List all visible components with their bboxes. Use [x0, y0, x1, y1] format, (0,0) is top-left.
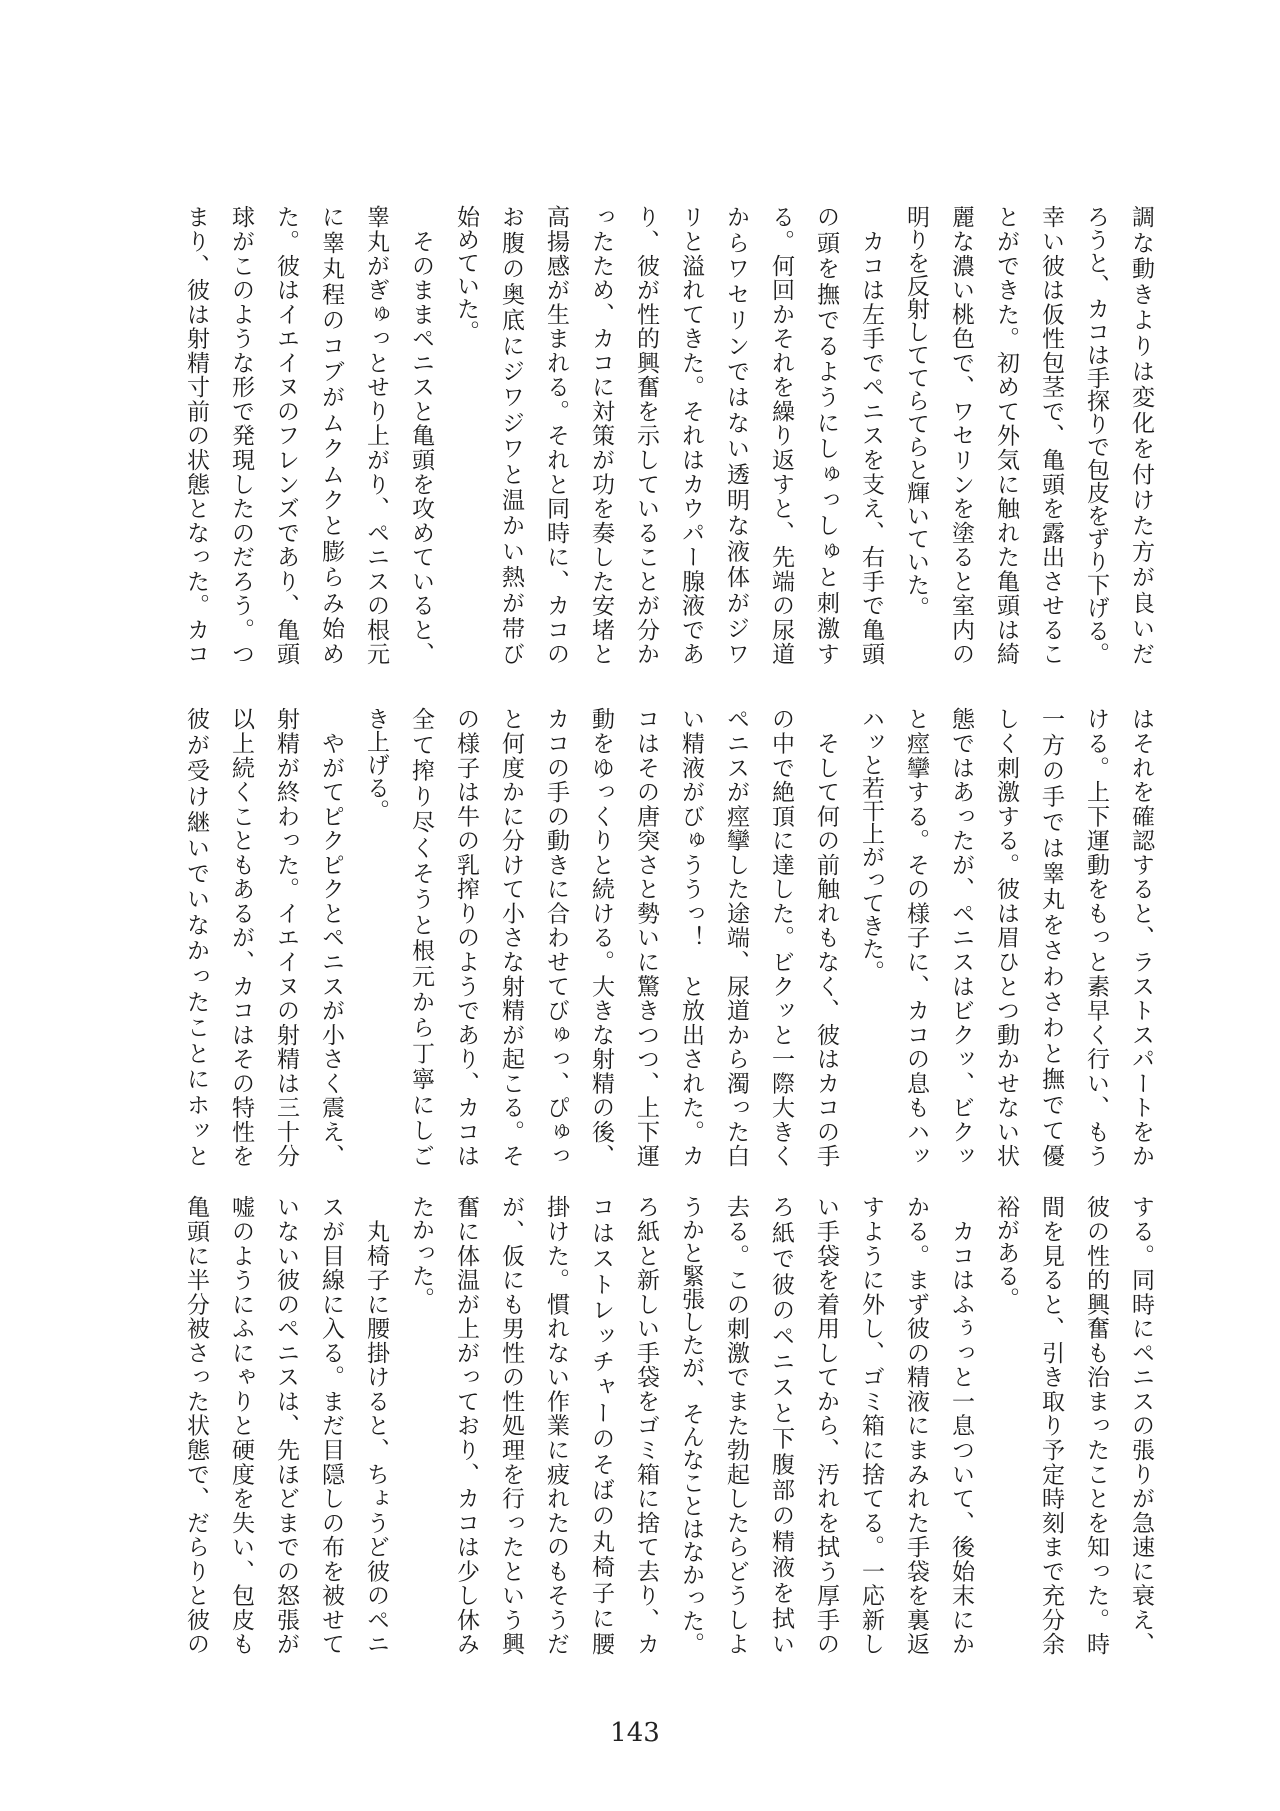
text-column: に睾丸程のコブがムクムクと膨らみ始め [308, 205, 353, 665]
text-column: カコは左手でペニスを支え、右手で亀頭 [848, 205, 893, 665]
text-column: はそれを確認すると、ラストスパートをか [1118, 707, 1163, 1167]
text-band-middle: はそれを確認すると、ラストスパートをかける。上下運動をもっと素早く行い、もう一方… [173, 707, 1163, 1167]
text-column: すように外し、ゴミ箱に捨てる。一応新し [848, 1195, 893, 1655]
text-column: 奮に体温が上がっており、カコは少し休み [443, 1195, 488, 1655]
text-column: 始めていた。 [443, 205, 488, 665]
text-column: 去る。この刺激でまた勃起したらどうしよ [713, 1195, 758, 1655]
text-column: の中で絶頂に達した。ビクッと一際大きく [758, 707, 803, 1167]
text-column: 麗な濃い桃色で、ワセリンを塗ると室内の [938, 205, 983, 665]
text-column: ろうと、カコは手探りで包皮をずり下げる。 [1073, 205, 1118, 665]
text-column: とができた。初めて外気に触れた亀頭は綺 [983, 205, 1028, 665]
text-column: 丸椅子に腰掛けると、ちょうど彼のペニ [353, 1195, 398, 1655]
text-column: 球がこのような形で発現したのだろう。つ [218, 205, 263, 665]
text-column: ける。上下運動をもっと素早く行い、もう [1073, 707, 1118, 1167]
text-column: カコの手の動きに合わせてびゅっ、ぴゅっ [533, 707, 578, 1167]
text-column: する。同時にペニスの張りが急速に衰え、 [1118, 1195, 1163, 1655]
page-number: 143 [0, 1718, 1270, 1748]
text-column: る。何回かそれを繰り返すと、先端の尿道 [758, 205, 803, 665]
text-column: 一方の手では睾丸をさわさわと撫でて優 [1028, 707, 1073, 1167]
text-column: 彼の性的興奮も治まったことを知った。時 [1073, 1195, 1118, 1655]
text-column: ろ紙で彼のペニスと下腹部の精液を拭い [758, 1195, 803, 1655]
text-column: 以上続くこともあるが、カコはその特性を [218, 707, 263, 1167]
text-column: ろ紙と新しい手袋をゴミ箱に捨て去り、カ [623, 1195, 668, 1655]
text-column: 彼が受け継いでいなかったことにホッと [173, 707, 218, 1167]
text-column: り、彼が性的興奮を示していることが分か [623, 205, 668, 665]
text-column: の頭を撫でるようにしゅっしゅと刺激す [803, 205, 848, 665]
text-column: そのままペニスと亀頭を攻めていると、 [398, 205, 443, 665]
text-column: ハッと若干上がってきた。 [848, 707, 893, 1167]
text-band-bottom: する。同時にペニスの張りが急速に衰え、彼の性的興奮も治まったことを知った。時間を… [173, 1195, 1163, 1655]
text-column: 亀頭に半分被さった状態で、だらりと彼の [173, 1195, 218, 1655]
text-column: と何度かに分けて小さな射精が起こる。そ [488, 707, 533, 1167]
text-column: 動をゆっくりと続ける。大きな射精の後、 [578, 707, 623, 1167]
text-column: と痙攣する。その様子に、カコの息もハッ [893, 707, 938, 1167]
text-column: 射精が終わった。イエイヌの射精は三十分 [263, 707, 308, 1167]
text-column: い手袋を着用してから、汚れを拭う厚手の [803, 1195, 848, 1655]
text-column: 態ではあったが、ペニスはビクッ、ビクッ [938, 707, 983, 1167]
text-column: い精液がびゅううっ！ と放出された。カ [668, 707, 713, 1167]
text-column: やがてピクピクとペニスが小さく震え、 [308, 707, 353, 1167]
text-column: 高揚感が生まれる。それと同時に、カコの [533, 205, 578, 665]
text-column: 幸い彼は仮性包茎で、亀頭を露出させるこ [1028, 205, 1073, 665]
text-column: いない彼のペニスは、先ほどまでの怒張が [263, 1195, 308, 1655]
text-column: 全て搾り尽くそうと根元から丁寧にしご [398, 707, 443, 1167]
text-column: 掛けた。慣れない作業に疲れたのもそうだ [533, 1195, 578, 1655]
text-column: 明りを反射しててらてらと輝いていた。 [893, 205, 938, 665]
text-column: たかった。 [398, 1195, 443, 1655]
text-column: 嘘のようにふにゃりと硬度を失い、包皮も [218, 1195, 263, 1655]
text-column: からワセリンではない透明な液体がジワ [713, 205, 758, 665]
text-column: 睾丸がぎゅっとせり上がり、ペニスの根元 [353, 205, 398, 665]
text-band-top: 調な動きよりは変化を付けた方が良いだろうと、カコは手探りで包皮をずり下げる。幸い… [173, 205, 1163, 665]
text-column: うかと緊張したが、そんなことはなかった。 [668, 1195, 713, 1655]
text-column: 裕がある。 [983, 1195, 1028, 1655]
text-column: た。彼はイエイヌのフレンズであり、亀頭 [263, 205, 308, 665]
text-column: コはその唐突さと勢いに驚きつつ、上下運 [623, 707, 668, 1167]
text-column: カコはふぅっと一息ついて、後始末にか [938, 1195, 983, 1655]
text-column: まり、彼は射精寸前の状態となった。カコ [173, 205, 218, 665]
text-column: お腹の奥底にジワジワと温かい熱が帯び [488, 205, 533, 665]
text-column: かる。まず彼の精液にまみれた手袋を裏返 [893, 1195, 938, 1655]
text-column: スが目線に入る。まだ目隠しの布を被せて [308, 1195, 353, 1655]
text-column: しく刺激する。彼は眉ひとつ動かせない状 [983, 707, 1028, 1167]
text-column: 調な動きよりは変化を付けた方が良いだ [1118, 205, 1163, 665]
novel-page: 調な動きよりは変化を付けた方が良いだろうと、カコは手探りで包皮をずり下げる。幸い… [0, 0, 1280, 1811]
text-column: コはストレッチャーのそばの丸椅子に腰 [578, 1195, 623, 1655]
text-column: 間を見ると、引き取り予定時刻まで充分余 [1028, 1195, 1073, 1655]
text-column: ペニスが痙攣した途端、尿道から濁った白 [713, 707, 758, 1167]
text-column: ったため、カコに対策が功を奏した安堵と [578, 205, 623, 665]
text-column: そして何の前触れもなく、彼はカコの手 [803, 707, 848, 1167]
text-column: が、仮にも男性の性処理を行ったという興 [488, 1195, 533, 1655]
text-column: の様子は牛の乳搾りのようであり、カコは [443, 707, 488, 1167]
text-column: リと溢れてきた。それはカウパー腺液であ [668, 205, 713, 665]
text-column: き上げる。 [353, 707, 398, 1167]
